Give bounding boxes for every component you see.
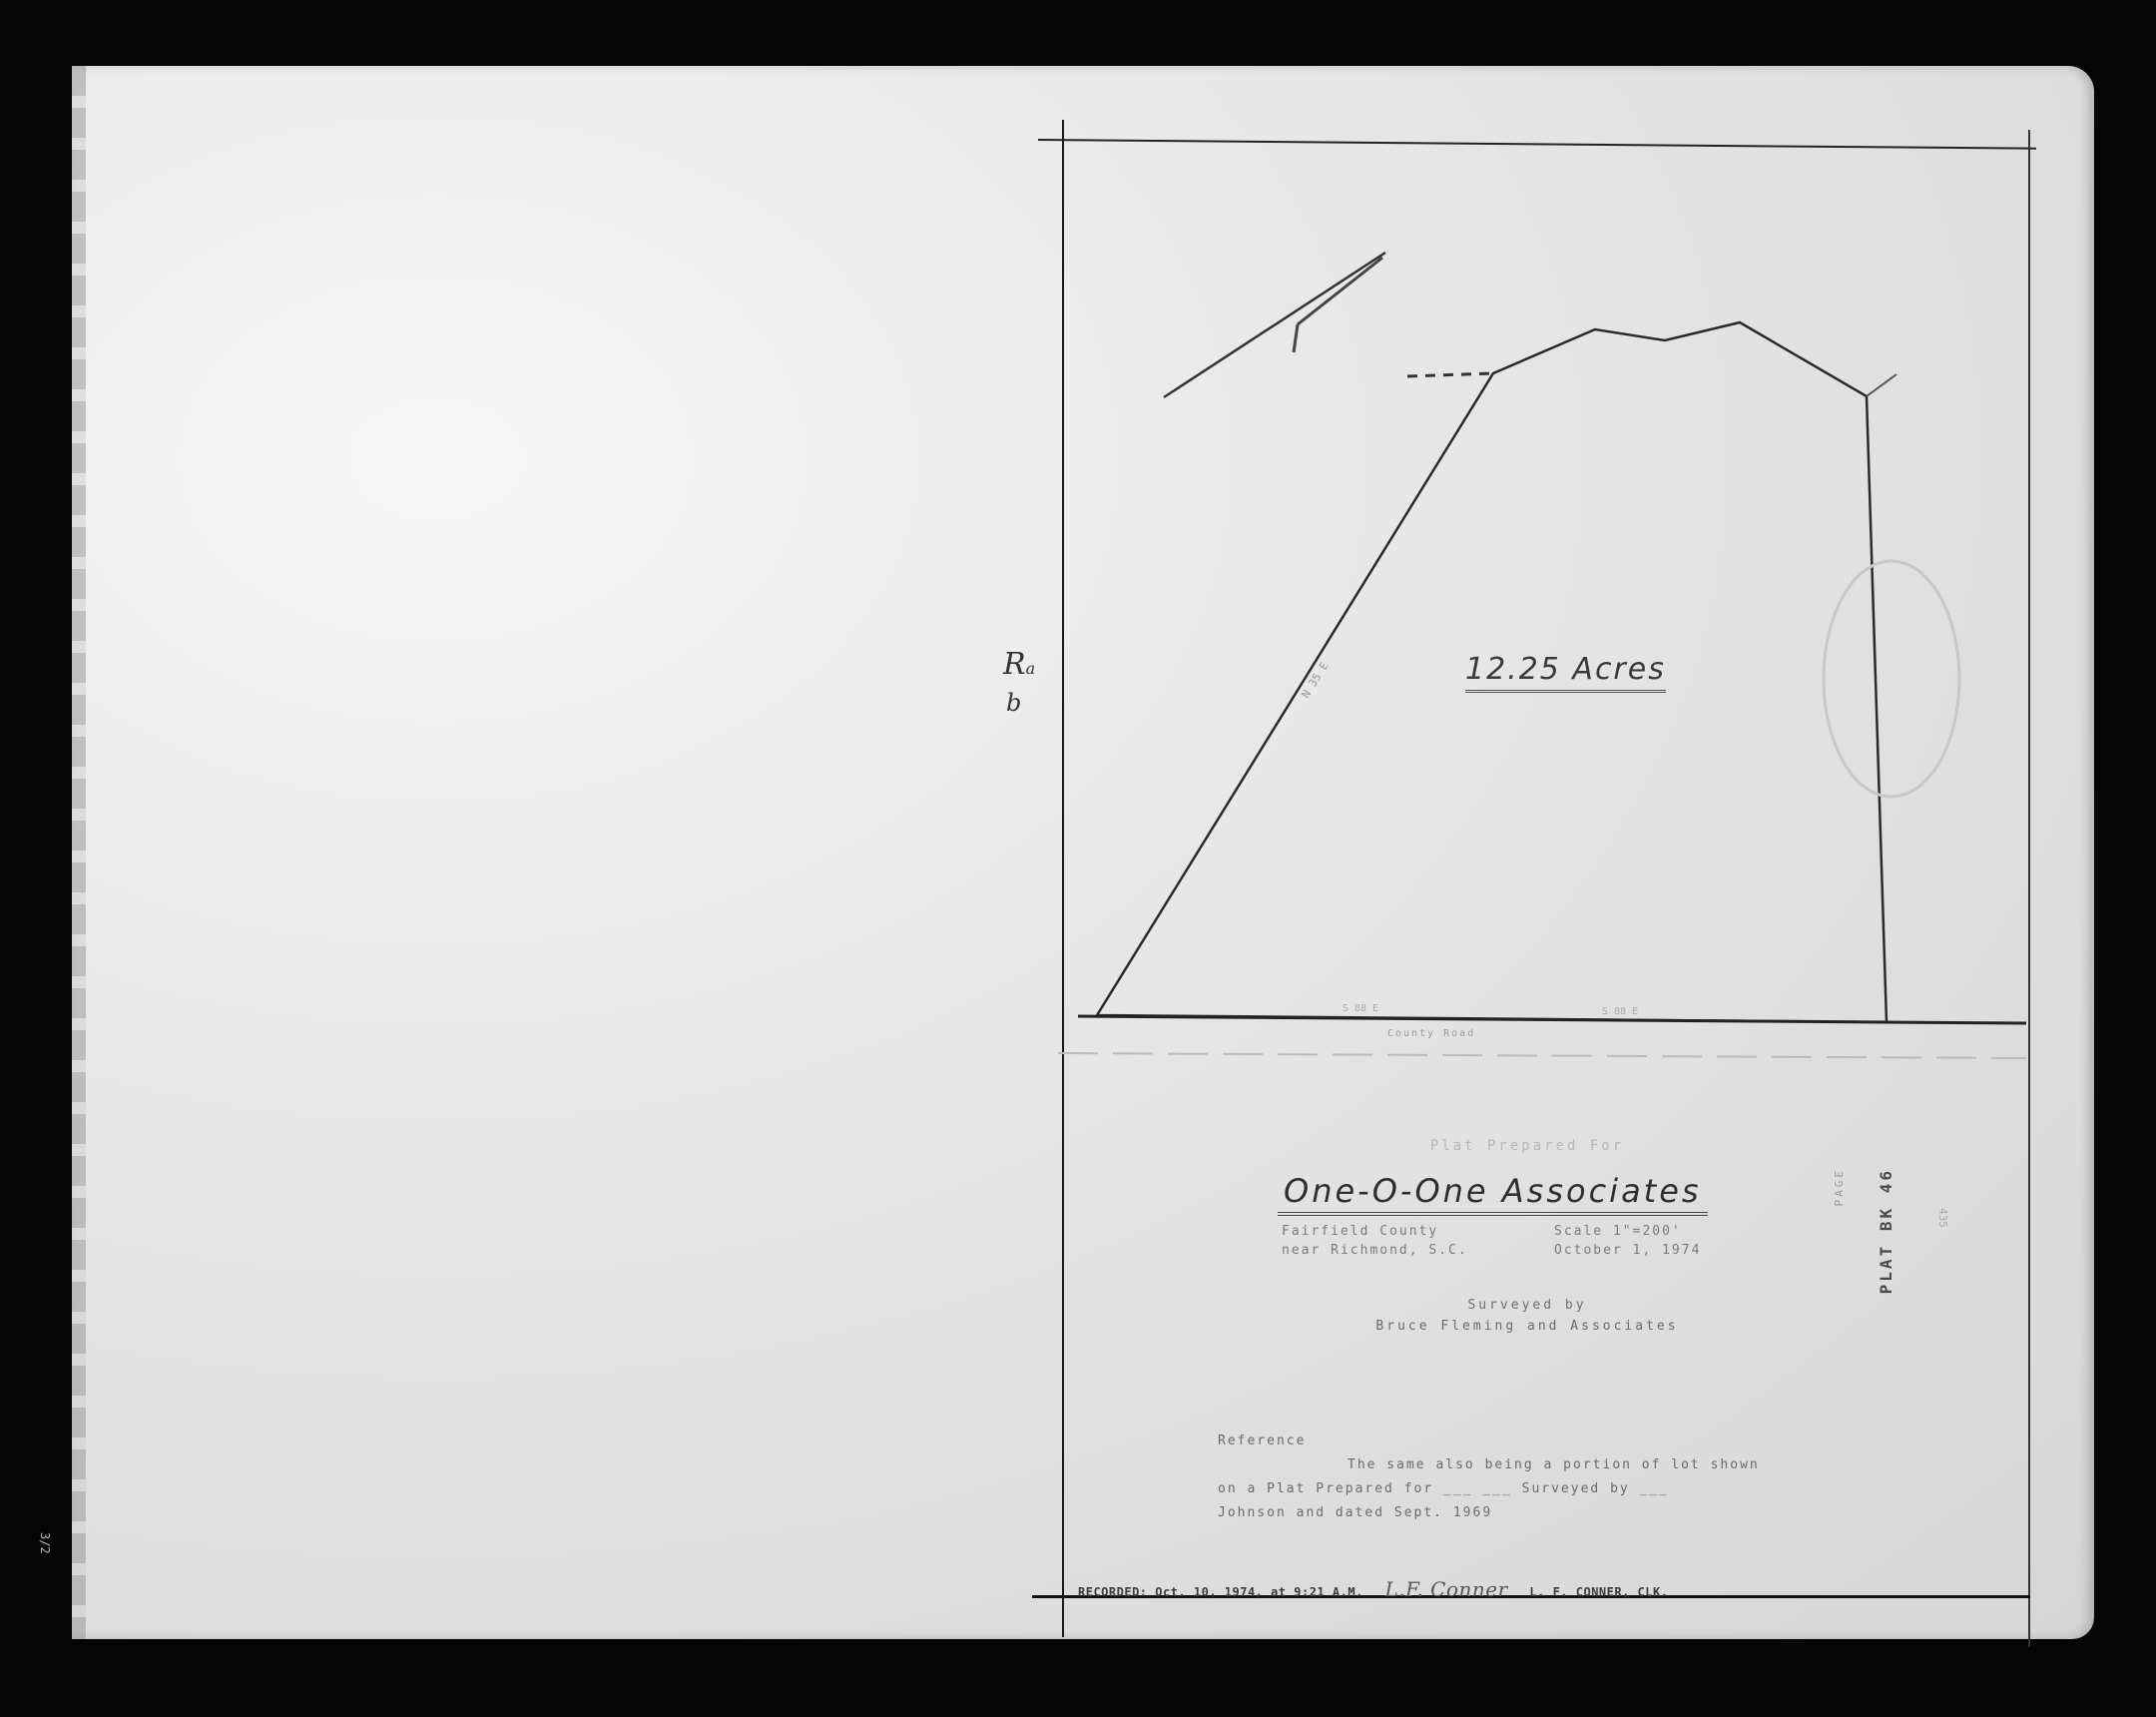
reference-line-3: Johnson and dated Sept. 1969 [1218,1501,1837,1525]
surveyor-name: Bruce Fleming and Associates [1268,1319,1787,1334]
title-block: Plat Prepared For One-O-One Associates F… [1268,1138,1787,1334]
page-number: 435 [1936,1208,1949,1228]
surveyed-by-label: Surveyed by [1268,1298,1787,1313]
reference-line-1: The same also being a portion of lot sho… [1218,1453,1837,1477]
acreage-label: 12.25 Acres [1465,652,1666,693]
near-town: near Richmond, S.C. [1282,1243,1514,1258]
plat-title: One-O-One Associates [1278,1172,1708,1216]
svg-text:S 88 E: S 88 E [1343,1003,1378,1014]
reference-line-2: on a Plat Prepared for ___ ___ Surveyed … [1218,1477,1837,1501]
reference-heading: Reference [1218,1430,1837,1453]
scale: Scale 1"=200' [1554,1224,1787,1239]
plat-date: October 1, 1974 [1554,1243,1787,1258]
margin-note: Ra [1003,647,1035,682]
road-label: County Road [1387,1028,1475,1039]
plat-book-stamp: PLAT BK 46 [1877,1168,1895,1294]
recorded-date: RECORDED: Oct. 10, 1974, at 9:21 A.M. [1078,1585,1363,1599]
prepared-for-label: Plat Prepared For [1268,1138,1787,1154]
reference-note: Reference The same also being a portion … [1218,1430,1837,1525]
county: Fairfield County [1282,1224,1514,1239]
stamp-faint: PAGE [1833,1168,1846,1207]
svg-text:S 88 E: S 88 E [1602,1006,1638,1017]
location-grid: Fairfield County Scale 1"=200' near Rich… [1282,1224,1787,1258]
margin-note-number: b [1006,689,1021,717]
north-arrow-icon [1164,253,1385,397]
recording-line: RECORDED: Oct. 10, 1974, at 9:21 A.M. L.… [1078,1577,1668,1601]
clerk-signature: L.F. Conner [1385,1577,1508,1601]
clerk-name: L. F. CONNER, CLK. [1529,1585,1668,1599]
edge-note: 3/2 [38,1532,52,1554]
